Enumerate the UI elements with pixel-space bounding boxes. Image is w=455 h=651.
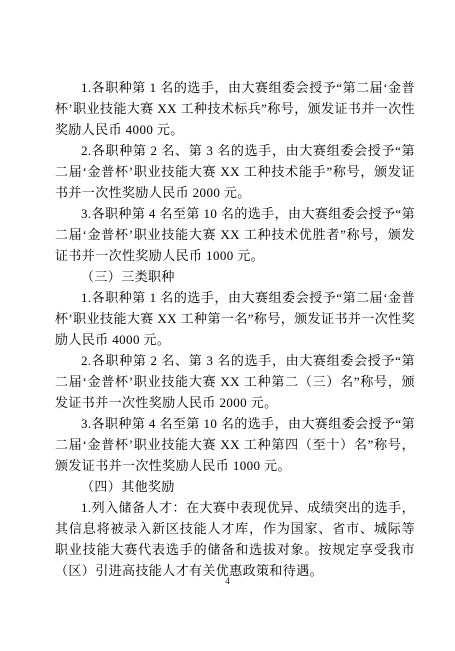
section-heading-three-class-jobs: （三）三类职种 bbox=[55, 266, 415, 287]
paragraph-class3-rank2-3-award: 2.各职种第 2 名、第 3 名的选手，由大赛组委会授予“第二届‘金普杯’职业技… bbox=[55, 350, 415, 413]
paragraph-talent-reserve: 1.列入储备人才：在大赛中表现优异、成绩突出的选手，其信息将被录入新区技能人才库… bbox=[55, 497, 415, 581]
section-heading-other-awards: （四）其他奖励 bbox=[55, 476, 415, 497]
page-number-label: 4 bbox=[0, 575, 455, 587]
paragraph-rank1-award: 1.各职种第 1 名的选手，由大赛组委会授予“第二届‘金普杯’职业技能大赛 XX… bbox=[55, 77, 415, 140]
paragraph-class3-rank4-10-award: 3.各职种第 4 名至第 10 名的选手，由大赛组委会授予“第二届‘金普杯’职业… bbox=[55, 413, 415, 476]
document-page: 1.各职种第 1 名的选手，由大赛组委会授予“第二届‘金普杯’职业技能大赛 XX… bbox=[0, 0, 455, 651]
document-text-block: 1.各职种第 1 名的选手，由大赛组委会授予“第二届‘金普杯’职业技能大赛 XX… bbox=[55, 77, 415, 581]
paragraph-class3-rank1-award: 1.各职种第 1 名的选手，由大赛组委会授予“第二届‘金普杯’职业技能大赛 XX… bbox=[55, 287, 415, 350]
paragraph-rank2-3-award: 2.各职种第 2 名、第 3 名的选手，由大赛组委会授予“第二届‘金普杯’职业技… bbox=[55, 140, 415, 203]
paragraph-rank4-10-award: 3.各职种第 4 名至第 10 名的选手，由大赛组委会授予“第二届‘金普杯’职业… bbox=[55, 203, 415, 266]
